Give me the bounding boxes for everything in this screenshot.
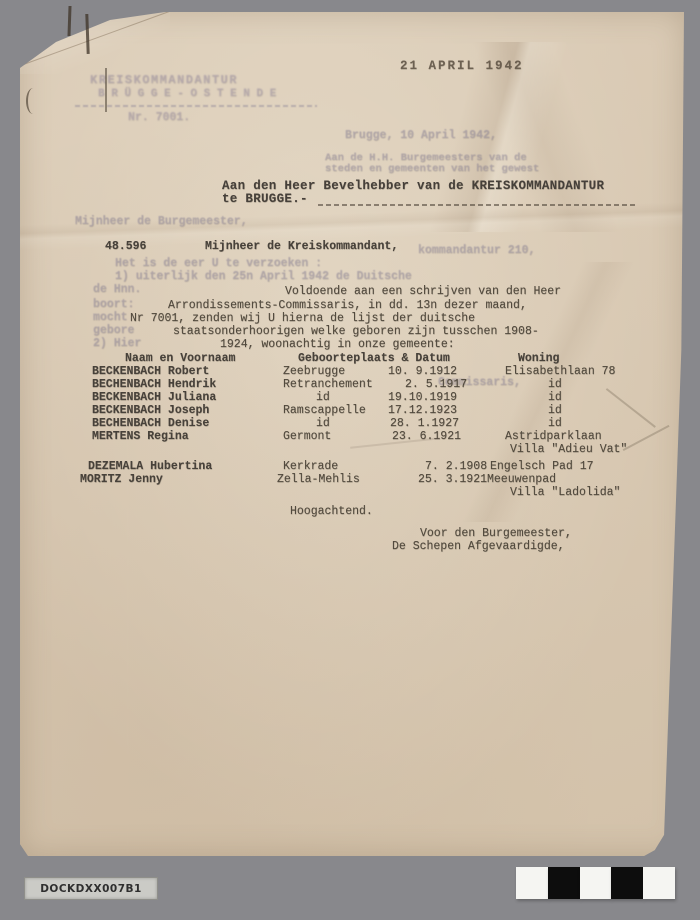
catalog-label: DOCKDXX007B1 <box>24 877 158 900</box>
body-line: staatsonderhoorigen welke geboren zijn t… <box>173 325 539 338</box>
calibration-square-black <box>548 867 580 899</box>
ghost-salutation: Mijnheer de Burgemeester, <box>75 215 248 228</box>
ghost-addressee-line2: steden en gemeenten van het gewest <box>325 163 539 176</box>
person-name: MERTENS Regina <box>92 430 189 443</box>
table-header-birth: Geboorteplaats & Datum <box>298 352 450 365</box>
document-paper: 21 APRIL 1942 KREISKOMMANDANTUR B R Ü G … <box>20 12 684 856</box>
person-name: BECKENBACH Juliana <box>92 391 216 404</box>
table-header-name: Naam en Voornaam <box>125 352 235 365</box>
person-name: BECKENBACH Joseph <box>92 404 209 417</box>
person-name: BECHENBACH Hendrik <box>92 378 216 391</box>
residence: id <box>548 378 562 391</box>
ghost-fragment: mocht <box>93 311 128 324</box>
letterhead-stamp-line1: KREISKOMMANDANTUR <box>90 74 238 87</box>
signature-line2: De Schepen Afgevaardigde, <box>392 540 565 553</box>
signature-line1: Voor den Burgemeester, <box>420 527 572 540</box>
birth-date: 28. 1.1927 <box>390 417 459 430</box>
calibration-bar <box>516 867 675 899</box>
fold-crease-line <box>21 11 170 66</box>
residence-line2: Villa "Adieu Vat" <box>510 443 627 456</box>
residence: id <box>548 417 562 430</box>
salutation: Mijnheer de Kreiskommandant, <box>205 240 398 253</box>
calibration-square-white <box>643 867 675 899</box>
addressee-line2: te BRUGGE.- <box>222 193 308 206</box>
calibration-square-black <box>611 867 643 899</box>
birth-place: Kerkrade <box>283 460 338 473</box>
scan-background: { "scene": { "background_color": "#88888… <box>0 0 700 920</box>
birth-place: Germont <box>283 430 331 443</box>
birth-date: 19.10.1919 <box>388 391 457 404</box>
ghost-fragment: de Hnn. <box>93 283 141 296</box>
calibration-square-white <box>516 867 548 899</box>
birth-date: 2. 5.1917 <box>405 378 467 391</box>
birth-place: Zella-Mehlis <box>277 473 360 486</box>
table-header-residence: Woning <box>518 352 559 365</box>
reference-number: 48.596 <box>105 240 146 253</box>
residence: Elisabethlaan 78 <box>505 365 615 378</box>
birth-date: 7. 2.1908 <box>425 460 487 473</box>
body-line: 1924, woonachtig in onze gemeente: <box>220 338 455 351</box>
date-stamp: 21 APRIL 1942 <box>400 60 524 73</box>
closing: Hoogachtend. <box>290 505 373 518</box>
residence: Astridparklaan <box>505 430 602 443</box>
residence-line2: Villa "Ladolida" <box>510 486 620 499</box>
birth-place: Zeebrugge <box>283 365 345 378</box>
birth-place: id <box>316 417 330 430</box>
birth-place: Retranchement <box>283 378 373 391</box>
residence: Meeuwenpad <box>487 473 556 486</box>
ghost-dateline: Brugge, 10 April 1942, <box>345 129 497 142</box>
body-line: Arrondissements-Commissaris, in dd. 13n … <box>168 299 527 312</box>
ghost-fragment: 2) Hier <box>93 337 141 350</box>
birth-date: 10. 9.1912 <box>388 365 457 378</box>
residence: id <box>548 404 562 417</box>
birth-date: 17.12.1923 <box>388 404 457 417</box>
ghost-line1: Het is de eer U te verzoeken : <box>115 257 322 270</box>
calibration-square-white <box>580 867 612 899</box>
residence: Engelsch Pad 17 <box>490 460 594 473</box>
ghost-line2: 1) uiterlijk den 25n April 1942 de Duits… <box>115 270 412 283</box>
corner-fold <box>20 12 170 74</box>
addressee-underline <box>318 204 636 206</box>
staple-mark <box>105 68 107 112</box>
birth-date: 25. 3.1921 <box>418 473 487 486</box>
ghost-fragment: kommandantur 210, <box>418 244 535 257</box>
person-name: BECHENBACH Denise <box>92 417 209 430</box>
ghost-fragment: gebore <box>93 324 134 337</box>
person-name: BECKENBACH Robert <box>92 365 209 378</box>
ink-bracket-mark <box>26 88 40 114</box>
staple-mark <box>67 6 71 36</box>
pencil-mark <box>623 425 670 451</box>
letterhead-stamp-underline <box>75 105 317 107</box>
body-line: Nr 7001, zenden wij U hierna de lijst de… <box>130 312 475 325</box>
ghost-fragment: boort: <box>93 298 134 311</box>
birth-place: Ramscappelle <box>283 404 366 417</box>
pencil-mark <box>606 388 656 427</box>
body-line: Voldoende aan een schrijven van den Heer <box>285 285 561 298</box>
letterhead-stamp-line2: B R Ü G G E - O S T E N D E <box>98 88 276 101</box>
residence: id <box>548 391 562 404</box>
letterhead-stamp-number: Nr. 7001. <box>128 111 190 124</box>
birth-place: id <box>316 391 330 404</box>
person-name: MORITZ Jenny <box>80 473 163 486</box>
person-name: DEZEMALA Hubertina <box>88 460 212 473</box>
